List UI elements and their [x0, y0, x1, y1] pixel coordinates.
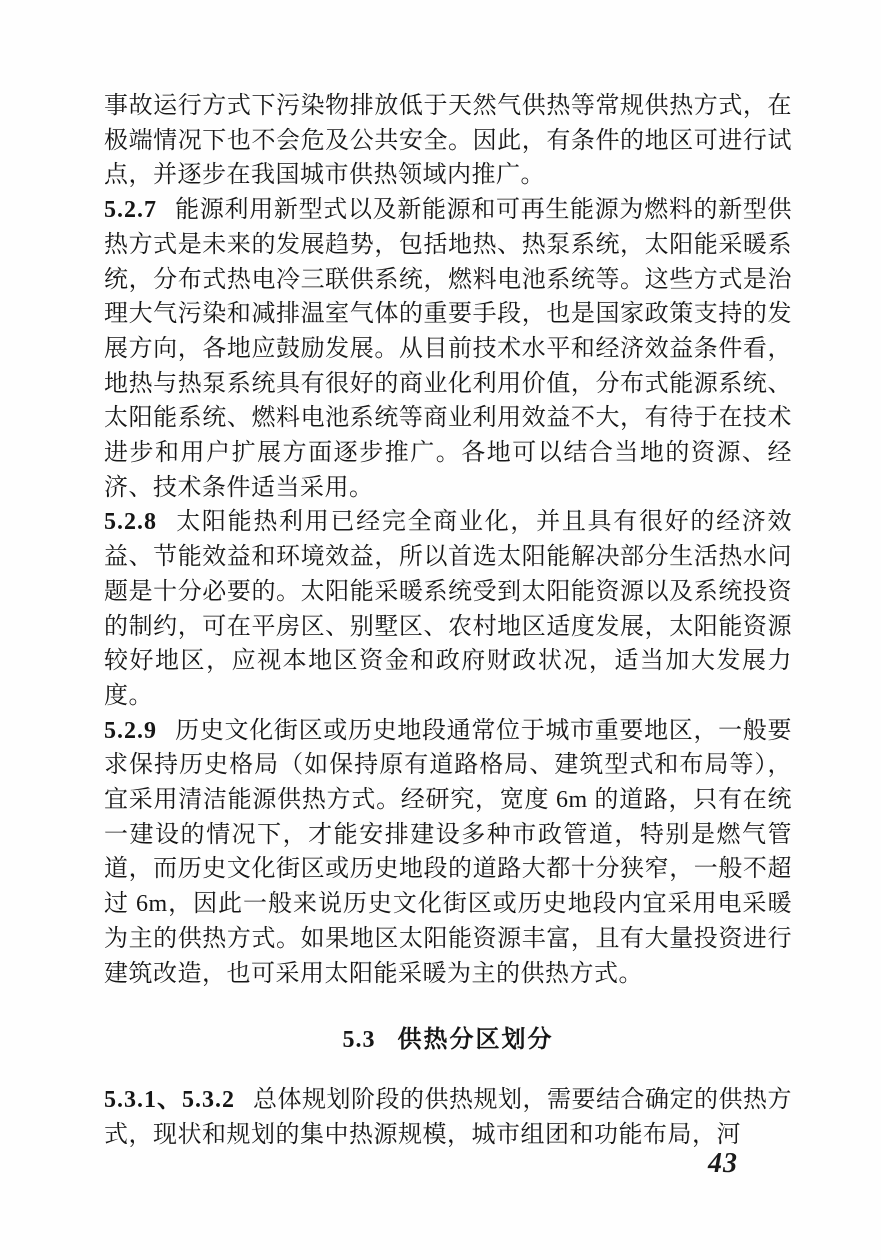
paragraph-text: 能源利用新型式以及新能源和可再生能源为燃料的新型供热方式是未来的发展趋势，包括地… [104, 197, 792, 501]
section-number: 5.2.8 [104, 509, 157, 535]
paragraph-5-2-9: 5.2.9历史文化街区或历史地段通常位于城市重要地区，一般要求保持历史格局（如保… [104, 714, 792, 992]
section-heading: 5.3供热分区划分 [104, 1023, 792, 1057]
section-number: 5.2.9 [104, 718, 157, 744]
text-column: 事故运行方式下污染物排放低于天然气供热等常规供热方式，在极端情况下也不会危及公共… [104, 89, 792, 1153]
document-page: 事故运行方式下污染物排放低于天然气供热等常规供热方式，在极端情况下也不会危及公共… [0, 0, 881, 1260]
paragraph-text: 事故运行方式下污染物排放低于天然气供热等常规供热方式，在极端情况下也不会危及公共… [104, 93, 792, 188]
section-heading-number: 5.3 [343, 1027, 376, 1053]
paragraph-5-2-8: 5.2.8太阳能热利用已经完全商业化，并且具有很好的经济效益、节能效益和环境效益… [104, 505, 792, 713]
paragraph-5-2-7: 5.2.7能源利用新型式以及新能源和可再生能源为燃料的新型供热方式是未来的发展趋… [104, 193, 792, 505]
section-number: 5.2.7 [104, 197, 157, 223]
paragraph-continuation: 事故运行方式下污染物排放低于天然气供热等常规供热方式，在极端情况下也不会危及公共… [104, 89, 792, 193]
section-number: 5.3.1、5.3.2 [104, 1087, 235, 1113]
paragraph-text: 太阳能热利用已经完全商业化，并且具有很好的经济效益、节能效益和环境效益，所以首选… [104, 509, 792, 709]
paragraph-5-3-1-5-3-2: 5.3.1、5.3.2总体规划阶段的供热规划，需要结合确定的供热方式，现状和规划… [104, 1083, 792, 1152]
section-heading-title: 供热分区划分 [398, 1027, 554, 1053]
paragraph-text: 历史文化街区或历史地段通常位于城市重要地区，一般要求保持历史格局（如保持原有道路… [104, 718, 792, 987]
page-number: 43 [708, 1148, 738, 1180]
